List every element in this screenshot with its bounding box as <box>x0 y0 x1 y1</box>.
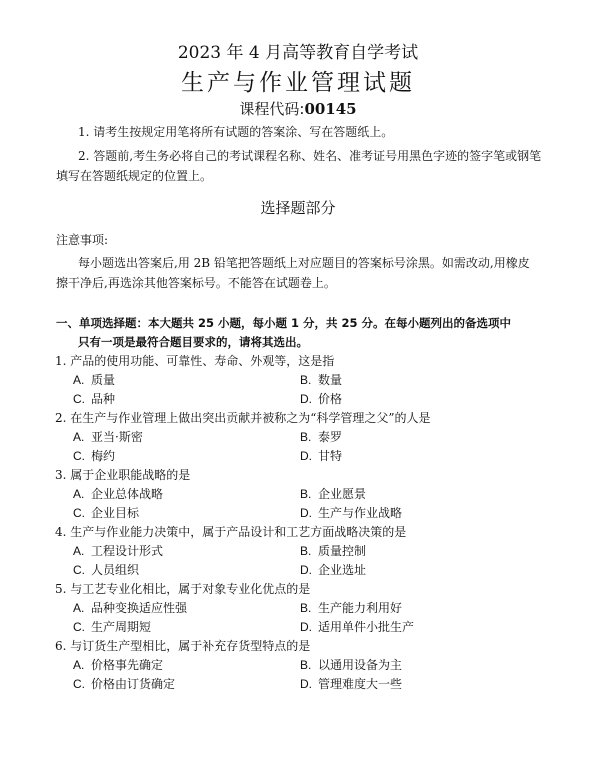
instruction-1: 1. 请考生按规定用笔将所有试题的答案涂、写在答题纸上。 <box>78 124 393 140</box>
question-4-option-d: D.企业选址 <box>300 562 366 578</box>
question-2-option-c: C.梅约 <box>73 448 115 464</box>
question-2-option-b: B.泰罗 <box>300 429 342 445</box>
option-letter: D. <box>300 676 318 692</box>
option-text: 企业愿景 <box>318 487 366 501</box>
question-3-option-b: B.企业愿景 <box>300 486 366 502</box>
exam-page: 2023 年 4 月高等教育自学考试 生产与作业管理试题 课程代码:00145 … <box>0 0 596 782</box>
option-text: 管理难度大一些 <box>318 677 402 691</box>
question-6-option-c: C.价格由订货确定 <box>73 676 175 692</box>
question-6-stem: 6. 与订货生产型相比，属于补充存货型特点的是 <box>55 638 310 654</box>
part-one-title-continued: 只有一项是最符合题目要求的，请将其选出。 <box>78 334 308 350</box>
option-letter: A. <box>73 600 91 616</box>
option-letter: B. <box>300 657 318 673</box>
option-letter: A. <box>73 657 91 673</box>
question-2-stem: 2. 在生产与作业管理上做出突出贡献并被称之为“科学管理之父”的人是 <box>55 410 431 426</box>
instruction-2: 2. 答题前,考生务必将自己的考试课程名称、姓名、准考证号用黑色字迹的签字笔或钢… <box>78 148 541 164</box>
question-4-stem: 4. 生产与作业能力决策中，属于产品设计和工艺方面战略决策的是 <box>55 524 406 540</box>
notice-line-1: 每小题选出答案后,用 2B 铅笔把答题纸上对应题目的答案标号涂黑。如需改动,用橡… <box>78 255 530 271</box>
question-6-option-a: A.价格事先确定 <box>73 657 163 673</box>
option-letter: D. <box>300 505 318 521</box>
question-1-option-b: B.数量 <box>300 372 342 388</box>
notice-label: 注意事项: <box>56 232 108 248</box>
option-text: 数量 <box>318 373 342 387</box>
option-letter: D. <box>300 391 318 407</box>
option-text: 泰罗 <box>318 430 342 444</box>
subject-title: 生产与作业管理试题 <box>0 64 596 97</box>
option-text: 甘特 <box>318 449 342 463</box>
question-3-option-a: A.企业总体战略 <box>73 486 163 502</box>
question-5-option-b: B.生产能力利用好 <box>300 600 402 616</box>
option-letter: D. <box>300 619 318 635</box>
option-text: 生产周期短 <box>91 620 151 634</box>
question-4-option-a: A.工程设计形式 <box>73 543 163 559</box>
option-letter: B. <box>300 600 318 616</box>
question-3-option-c: C.企业目标 <box>73 505 139 521</box>
option-text: 质量 <box>91 373 115 387</box>
option-letter: A. <box>73 543 91 559</box>
course-code: 课程代码:00145 <box>0 98 596 119</box>
course-code-label: 课程代码: <box>239 100 304 118</box>
option-text: 品种 <box>91 392 115 406</box>
question-3-option-d: D.生产与作业战略 <box>300 505 402 521</box>
option-text: 梅约 <box>91 449 115 463</box>
option-text: 亚当·斯密 <box>91 430 143 444</box>
option-text: 人员组织 <box>91 563 139 577</box>
option-letter: C. <box>73 448 91 464</box>
option-letter: B. <box>300 372 318 388</box>
question-1-option-c: C.品种 <box>73 391 115 407</box>
option-letter: C. <box>73 562 91 578</box>
option-letter: D. <box>300 562 318 578</box>
question-6-option-d: D.管理难度大一些 <box>300 676 402 692</box>
option-letter: B. <box>300 486 318 502</box>
question-3-stem: 3. 属于企业职能战略的是 <box>55 467 190 483</box>
exam-title: 2023 年 4 月高等教育自学考试 <box>0 38 596 63</box>
option-letter: A. <box>73 429 91 445</box>
option-text: 工程设计形式 <box>91 544 163 558</box>
option-letter: B. <box>300 543 318 559</box>
option-letter: C. <box>73 676 91 692</box>
option-letter: C. <box>73 619 91 635</box>
option-letter: C. <box>73 505 91 521</box>
option-letter: C. <box>73 391 91 407</box>
question-5-option-a: A.品种变换适应性强 <box>73 600 187 616</box>
section-heading: 选择题部分 <box>0 197 596 218</box>
question-1-option-d: D.价格 <box>300 391 342 407</box>
option-text: 价格由订货确定 <box>91 677 175 691</box>
course-code-value: 00145 <box>304 100 356 118</box>
option-text: 价格事先确定 <box>91 658 163 672</box>
option-text: 企业选址 <box>318 563 366 577</box>
part-one-title: 一、单项选择题：本大题共 25 小题，每小题 1 分，共 25 分。在每小题列出… <box>56 315 511 331</box>
question-4-option-b: B.质量控制 <box>300 543 366 559</box>
option-text: 生产能力利用好 <box>318 601 402 615</box>
instruction-2-continued: 填写在答题纸规定的位置上。 <box>56 168 212 184</box>
question-5-option-c: C.生产周期短 <box>73 619 151 635</box>
question-6-option-b: B.以通用设备为主 <box>300 657 402 673</box>
option-text: 企业总体战略 <box>91 487 163 501</box>
option-text: 以通用设备为主 <box>318 658 402 672</box>
option-text: 企业目标 <box>91 506 139 520</box>
notice-line-2: 擦干净后,再选涂其他答案标号。不能答在试题卷上。 <box>56 275 336 291</box>
question-2-option-d: D.甘特 <box>300 448 342 464</box>
question-2-option-a: A.亚当·斯密 <box>73 429 143 445</box>
question-1-option-a: A.质量 <box>73 372 115 388</box>
option-text: 适用单件小批生产 <box>318 620 414 634</box>
option-letter: A. <box>73 486 91 502</box>
question-5-stem: 5. 与工艺专业化相比，属于对象专业化优点的是 <box>55 581 310 597</box>
question-5-option-d: D.适用单件小批生产 <box>300 619 414 635</box>
option-letter: A. <box>73 372 91 388</box>
question-4-option-c: C.人员组织 <box>73 562 139 578</box>
option-letter: D. <box>300 448 318 464</box>
option-text: 生产与作业战略 <box>318 506 402 520</box>
option-text: 价格 <box>318 392 342 406</box>
option-letter: B. <box>300 429 318 445</box>
option-text: 质量控制 <box>318 544 366 558</box>
question-1-stem: 1. 产品的使用功能、可靠性、寿命、外观等，这是指 <box>55 353 334 369</box>
option-text: 品种变换适应性强 <box>91 601 187 615</box>
